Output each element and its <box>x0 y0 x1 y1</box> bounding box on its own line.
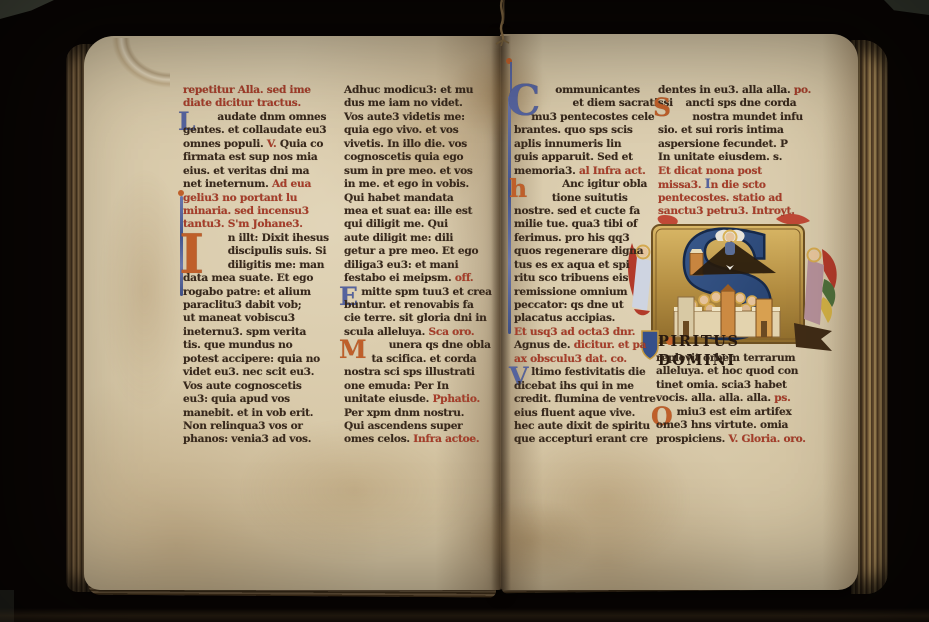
text-line: tantu3. S'm Johane3. <box>183 218 335 231</box>
ink-text: one emuda: Per In <box>344 380 449 392</box>
ink-text: in me. et ego in vobis. <box>344 178 469 190</box>
text-line: guis apparuit. Sed et <box>514 151 660 164</box>
text-line: data mea suate. Et ego <box>183 272 335 285</box>
text-line: remissione omnium <box>514 286 660 299</box>
ink-text: Quia co <box>280 138 323 150</box>
ink-text: ome3 hns virtute. omia <box>656 419 788 431</box>
text-line: diligitis me: man <box>183 259 335 272</box>
rubric-text: diate dicitur tractus. <box>183 97 301 109</box>
text-line: replevit orbem terrarum <box>656 352 816 365</box>
ink-text: videt eu3. nec scit eu3. <box>183 366 314 378</box>
text-line: tinet omia. scia3 habet <box>656 379 816 392</box>
rubric-text: n die scto <box>711 179 766 191</box>
ink-text: tione suitutis <box>514 192 628 204</box>
ink-text: Qui ascendens super <box>344 420 463 432</box>
ink-text: mu3 pentecostes cele <box>514 111 654 123</box>
ink-text: sio. et sui roris intima <box>658 124 784 136</box>
text-line: omes celos. Infra actoe. <box>344 433 496 446</box>
rubric-text: ax obsculu3 dat. co. <box>514 353 627 365</box>
text-line: Et dicat nona post <box>658 165 816 178</box>
ink-text: que accepturi erant cre <box>514 433 648 445</box>
text-line: aute diligit me: dili <box>344 232 496 245</box>
rubric-text: Et usq3 ad octa3 dnr. <box>514 326 635 338</box>
text-line: unitate eiusde. Pphatio. <box>344 393 496 406</box>
parchment-stain <box>100 170 190 410</box>
text-line: aplis innumeris lin <box>514 138 660 151</box>
text-line: Qui habet mandata <box>344 192 496 205</box>
text-line: getur a pre meo. Et ego <box>344 245 496 258</box>
text-line: tione suitutis <box>514 192 660 205</box>
ink-text: Per xpm dnm nostru. <box>344 407 464 419</box>
ink-text: potest accipere: quia no <box>183 353 320 365</box>
text-line: ax obsculu3 dat. co. <box>514 353 660 366</box>
text-line: ritu sco tribuens eis <box>514 272 660 285</box>
right-page-column-1: C ommunicantes et diem sacratissi mu3 pe… <box>514 84 660 447</box>
ink-text: phanos: venia3 ad vos. <box>183 433 311 445</box>
ink-text: cie terre. sit gloria dni in <box>344 312 487 324</box>
text-line: memoria3. al Infra act. <box>514 165 660 178</box>
text-line: Agnus de. dicitur. et pa <box>514 339 660 352</box>
ink-text: miu3 est eim artifex <box>656 406 792 418</box>
text-line: Vos aute cognoscetis <box>183 380 335 393</box>
right-page-column-2-top: dentes in eu3. alla alla. po.S ancti sps… <box>658 84 816 218</box>
text-line: mu3 pentecostes cele <box>514 111 660 124</box>
ink-text: ltimo festivitatis die <box>514 366 645 378</box>
text-line: mea et suat ea: ille est <box>344 205 496 218</box>
angel-right <box>804 249 837 326</box>
ink-text: tinet omia. scia3 habet <box>656 379 787 391</box>
text-line: nostre. sed et cucte fa <box>514 205 660 218</box>
text-line: nostra sci sps illustrati <box>344 366 496 379</box>
text-line: buntur. et renovabis fa <box>344 299 496 312</box>
rubric-text: Ad eua <box>272 178 311 190</box>
ink-text: diligitis me: man <box>183 259 324 271</box>
text-line: ineternu3. spm verita <box>183 326 335 339</box>
text-line: Et usq3 ad octa3 dnr. <box>514 326 660 339</box>
ink-text: ferimus. pro his qq3 <box>514 232 629 244</box>
rubric-text: dicitur. et pa <box>574 339 647 351</box>
text-line: L audate dnm omnes <box>183 111 335 124</box>
ink-text: qui diligit me. Qui <box>344 218 448 230</box>
text-line: missa3. In die scto <box>658 178 816 191</box>
text-line: alleluya. et hoc quod con <box>656 365 816 378</box>
text-line: phanos: venia3 ad vos. <box>183 433 335 446</box>
ink-text: remissione omnium <box>514 286 627 298</box>
ink-text: eius fluent aque vive. <box>514 407 635 419</box>
text-line: minaria. sed incensu3 <box>183 205 335 218</box>
ink-text: firmata est sup nos mia <box>183 151 318 163</box>
text-line: dus me iam no videt. <box>344 97 496 110</box>
text-line: et diem sacratissi <box>514 97 660 110</box>
rubric-text: Pphatio. <box>432 393 479 405</box>
text-line: scula alleluya. Sca oro. <box>344 326 496 339</box>
ink-text: ineternu3. spm verita <box>183 326 306 338</box>
text-line: geliu3 no portant lu <box>183 192 335 205</box>
text-line: tis. que mundus no <box>183 339 335 352</box>
ink-text: ritu sco tribuens eis <box>514 272 628 284</box>
text-line: paraclitu3 dabit vob; <box>183 299 335 312</box>
text-line: cognoscetis quia ego <box>344 151 496 164</box>
text-line: Per xpm dnm nostru. <box>344 407 496 420</box>
ink-text: ut maneat vobiscu3 <box>183 312 295 324</box>
ink-text: Qui habet mandata <box>344 192 454 204</box>
text-line: dicebat ihs qui in me <box>514 380 660 393</box>
ink-text: Anc igitur obla <box>514 178 647 190</box>
text-line: cie terre. sit gloria dni in <box>344 312 496 325</box>
rubric-text: V. <box>267 138 280 150</box>
text-line: gentes. et collaudate eu3 <box>183 124 335 137</box>
ink-text: nostra sci sps illustrati <box>344 366 475 378</box>
text-line: eius fluent aque vive. <box>514 407 660 420</box>
display-capitals-line: PIRITUS DOMINI <box>658 332 818 351</box>
ink-text: alleluya. et hoc quod con <box>656 365 798 377</box>
ink-text: prospiciens. <box>656 433 728 445</box>
text-line: h Anc igitur obla <box>514 178 660 191</box>
text-line: diliga3 eu3: et mani <box>344 259 496 272</box>
ink-text: guis apparuit. Sed et <box>514 151 633 163</box>
text-line: Qui ascendens super <box>344 420 496 433</box>
text-line: one emuda: Per In <box>344 380 496 393</box>
ink-text: dentes in eu3. alla alla. <box>658 84 794 96</box>
ink-text: vivetis. In illo die. vos <box>344 138 467 150</box>
mount-corner-top-left <box>0 0 54 19</box>
text-line: C ommunicantes <box>514 84 660 97</box>
rubric-text: pentecostes. statio ad <box>658 192 782 204</box>
rubric-text: po. <box>794 84 811 96</box>
ink-text: nostra mundet infu <box>658 111 803 123</box>
ink-text: aplis innumeris lin <box>514 138 621 150</box>
text-line: sio. et sui roris intima <box>658 124 816 137</box>
mount-corner-top-right <box>884 0 929 15</box>
text-line: O miu3 est eim artifex <box>656 406 816 419</box>
rubric-text: V. Gloria. oro. <box>728 433 805 445</box>
text-line: qui diligit me. Qui <box>344 218 496 231</box>
text-line: credit. flumina de ventre <box>514 393 660 406</box>
text-line: in me. et ego in vobis. <box>344 178 496 191</box>
ink-text: getur a pre meo. Et ego <box>344 245 478 257</box>
ink-text: Non relinqua3 vos or <box>183 420 303 432</box>
text-line: V ltimo festivitatis die <box>514 366 660 379</box>
text-line: nostra mundet infu <box>658 111 816 124</box>
rubric-text: repetitur Alla. sed ime <box>183 84 311 96</box>
text-line: tus es ex aqua et spi <box>514 259 660 272</box>
ink-text: ancti sps dne corda <box>658 97 796 109</box>
text-line: Vos aute3 videtis me: <box>344 111 496 124</box>
ink-text: paraclitu3 dabit vob; <box>183 299 301 311</box>
page-corner-curl <box>86 38 170 110</box>
text-line: sum in pre meo. et vos <box>344 165 496 178</box>
ink-text: festabo ei meipsm. <box>344 272 455 284</box>
ink-text: net ineternum. <box>183 178 272 190</box>
rubric-text: Et dicat nona post <box>658 165 762 177</box>
ink-text: aute diligit me: dili <box>344 232 453 244</box>
text-line: ta scifica. et corda <box>344 353 496 366</box>
ink-text: credit. flumina de ventre <box>514 393 656 405</box>
ink-text: vocis. alla. alla. alla. <box>656 392 774 404</box>
text-line: diate dicitur tractus. <box>183 97 335 110</box>
text-line: ferimus. pro his qq3 <box>514 232 660 245</box>
parchment-stain <box>470 500 590 580</box>
text-line: In unitate eiusdem. s. <box>658 151 816 164</box>
rubric-text: geliu3 no portant lu <box>183 192 297 204</box>
text-line: quia ego vivo. et vos <box>344 124 496 137</box>
ink-text: Vos aute3 videtis me: <box>344 111 465 123</box>
text-line: ut maneat vobiscu3 <box>183 312 335 325</box>
text-line: festabo ei meipsm. off. <box>344 272 496 285</box>
text-line: pentecostes. statio ad <box>658 192 816 205</box>
right-page-column-2-bottom: replevit orbem terrarumalleluya. et hoc … <box>656 352 816 446</box>
rubric-text: Sca oro. <box>428 326 474 338</box>
text-line: S ancti sps dne corda <box>658 97 816 110</box>
ink-text: Agnus de. <box>514 339 574 351</box>
text-line: brantes. quo sps scis <box>514 124 660 137</box>
rubric-text: al Infra act. <box>579 165 646 177</box>
rubric-text: off. <box>455 272 474 284</box>
text-line: net ineternum. Ad eua <box>183 178 335 191</box>
ink-text: mea et suat ea: ille est <box>344 205 472 217</box>
ink-text: eius. et veritas dni ma <box>183 165 309 177</box>
text-line: Non relinqua3 vos or <box>183 420 335 433</box>
ink-text: diliga3 eu3: et mani <box>344 259 458 271</box>
text-line: repetitur Alla. sed ime <box>183 84 335 97</box>
text-line: quos regenerare digna <box>514 245 660 258</box>
ink-text: et diem sacratissi <box>514 97 673 109</box>
text-line: discipulis suis. Si <box>183 245 335 258</box>
ink-text: aspersione fecundet. P <box>658 138 788 150</box>
ink-text: manebit. et in vob erit. <box>183 407 313 419</box>
ink-text: buntur. et renovabis fa <box>344 299 474 311</box>
ink-text: milie tue. qua3 tibi of <box>514 218 637 230</box>
text-line: manebit. et in vob erit. <box>183 407 335 420</box>
ink-text: eu3: quia apud vos <box>183 393 290 405</box>
ink-text: unitate eiusde. <box>344 393 432 405</box>
rubric-text: ps. <box>774 392 790 404</box>
text-line: dentes in eu3. alla alla. po. <box>658 84 816 97</box>
ink-text: data mea suate. Et ego <box>183 272 313 284</box>
manuscript-photo: S <box>0 0 929 622</box>
ink-text: quia ego vivo. et vos <box>344 124 458 136</box>
text-line: prospiciens. V. Gloria. oro. <box>656 433 816 446</box>
text-line: milie tue. qua3 tibi of <box>514 218 660 231</box>
ink-text: audate dnm omnes <box>183 111 326 123</box>
ink-text: ta scifica. et corda <box>344 353 476 365</box>
penwork-bar-right-page <box>508 96 511 334</box>
text-line: ome3 hns virtute. omia <box>656 419 816 432</box>
ink-text: placatus accipias. <box>514 312 615 324</box>
left-page-column-2: Adhuc modicu3: et mudus me iam no videt.… <box>344 84 496 447</box>
text-line: hec aute dixit de spiritu <box>514 420 660 433</box>
ink-text: n illt: Dixit ihesus <box>183 232 329 244</box>
rubric-text: missa3. <box>658 179 705 191</box>
text-line: M unera qs dne obla <box>344 339 496 352</box>
ink-text: omes celos. <box>344 433 413 445</box>
ink-text: In unitate eiusdem. s. <box>658 151 782 163</box>
ink-text: nostre. sed et cucte fa <box>514 205 640 217</box>
text-line: Adhuc modicu3: et mu <box>344 84 496 97</box>
text-line: sanctu3 petru3. Introyt. <box>658 205 816 218</box>
ink-text: discipulis suis. Si <box>183 245 326 257</box>
text-line: vocis. alla. alla. alla. ps. <box>656 392 816 405</box>
text-line: eu3: quia apud vos <box>183 393 335 406</box>
text-line: eius. et veritas dni ma <box>183 165 335 178</box>
ink-text: rogabo patre: et alium <box>183 286 311 298</box>
ink-text: peccator: qs dne ut <box>514 299 624 311</box>
text-line: potest accipere: quia no <box>183 353 335 366</box>
text-line: placatus accipias. <box>514 312 660 325</box>
ink-text: dicebat ihs qui in me <box>514 380 634 392</box>
left-page-column-1: repetitur Alla. sed imediate dicitur tra… <box>183 84 335 447</box>
ink-text: Vos aute cognoscetis <box>183 380 302 392</box>
ink-text: hec aute dixit de spiritu <box>514 420 650 432</box>
text-line: I n illt: Dixit ihesus <box>183 232 335 245</box>
ink-text: tus es ex aqua et spi <box>514 259 629 271</box>
ink-text: replevit orbem terrarum <box>656 352 795 364</box>
ink-text: omnes populi. <box>183 138 267 150</box>
table-edge <box>0 608 929 622</box>
text-line: E mitte spm tuu3 et crea <box>344 286 496 299</box>
ink-text: quos regenerare digna <box>514 245 643 257</box>
rubric-text: minaria. sed incensu3 <box>183 205 309 217</box>
text-line: rogabo patre: et alium <box>183 286 335 299</box>
ink-text: mitte spm tuu3 et crea <box>344 286 492 298</box>
ink-text: gentes. et collaudate eu3 <box>183 124 326 136</box>
ink-text: Adhuc modicu3: et mu <box>344 84 473 96</box>
text-line: aspersione fecundet. P <box>658 138 816 151</box>
rubric-text: Infra actoe. <box>413 433 479 445</box>
ink-text: cognoscetis quia ego <box>344 151 463 163</box>
ink-text: dus me iam no videt. <box>344 97 463 109</box>
text-line: firmata est sup nos mia <box>183 151 335 164</box>
bookmark-thread-icon <box>482 0 520 46</box>
text-line: vivetis. In illo die. vos <box>344 138 496 151</box>
ink-text: sum in pre meo. et vos <box>344 165 473 177</box>
text-line: omnes populi. V. Quia co <box>183 138 335 151</box>
text-line: videt eu3. nec scit eu3. <box>183 366 335 379</box>
ink-text: tis. que mundus no <box>183 339 292 351</box>
ink-text: brantes. quo sps scis <box>514 124 633 136</box>
rubric-text: sanctu3 petru3. Introyt. <box>658 205 795 217</box>
text-line: peccator: qs dne ut <box>514 299 660 312</box>
text-line: que accepturi erant cre <box>514 433 660 446</box>
